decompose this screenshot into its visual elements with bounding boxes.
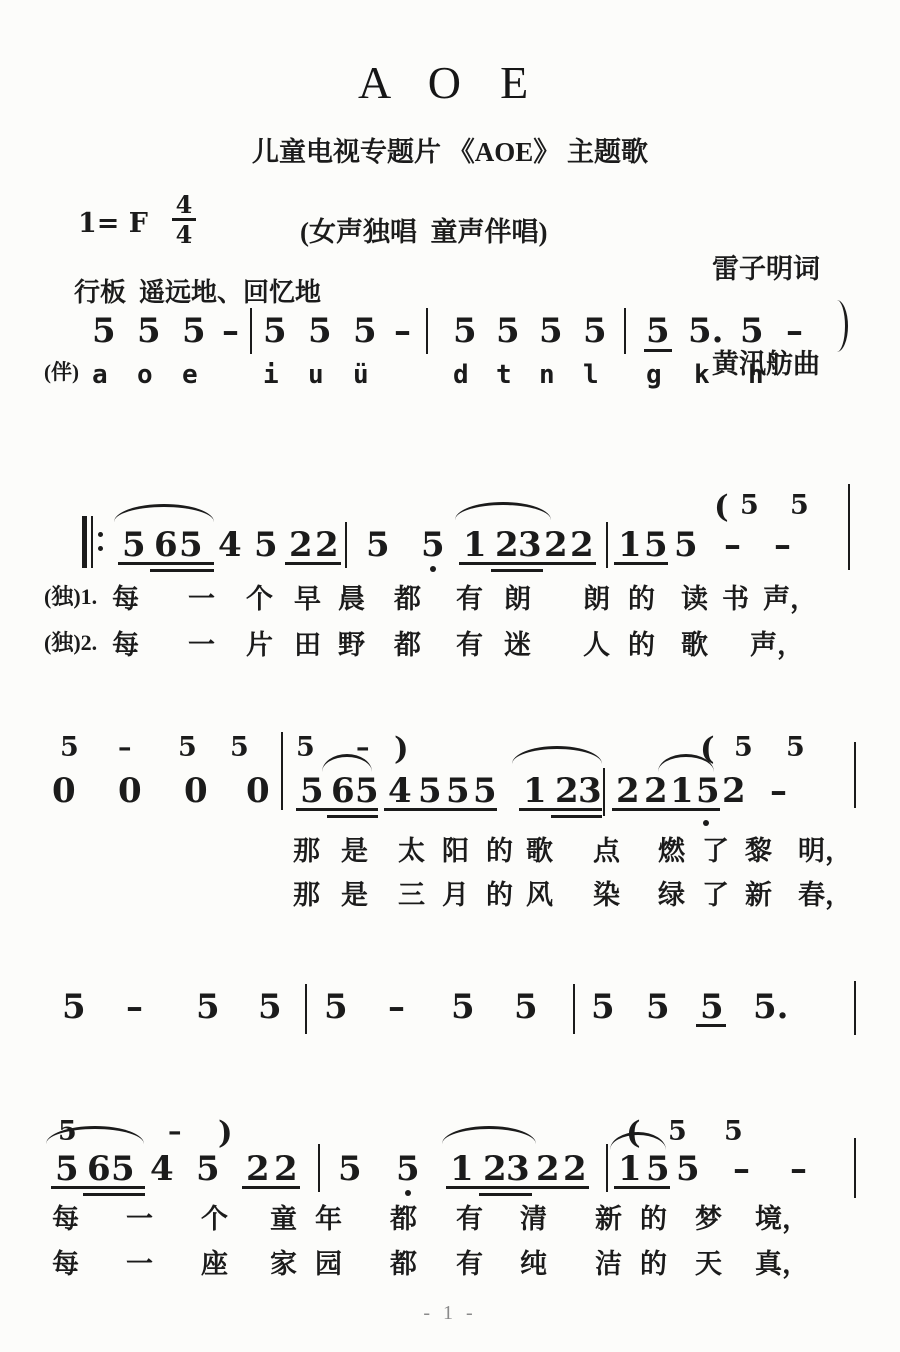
pinyin-row-char: o — [137, 362, 153, 388]
pinyin-row-char: k — [694, 362, 710, 388]
melody-line-3-note: 0 — [246, 774, 270, 808]
verse-2-row-char: 一 — [188, 632, 215, 659]
verse-2-row-char: 歌 — [681, 632, 708, 659]
verse-2-row-c-char: 有 — [456, 1251, 483, 1278]
accompaniment-line-1-note: 5 — [583, 314, 607, 348]
melody-line-3-note: 6 — [331, 774, 355, 808]
accompaniment-line-1-note: 5 — [353, 314, 377, 348]
verse-1-row-char: 书 — [722, 586, 749, 613]
backing-line-3-note: 5 — [296, 734, 315, 761]
low-octave-dot — [405, 1190, 411, 1196]
melody-line-5-note: 5 — [55, 1152, 79, 1186]
verse-2-row-char: 声， — [750, 632, 804, 659]
verse-1-row-c-char: 一 — [126, 1206, 153, 1233]
verse-2-row-b-char: 绿 — [658, 882, 685, 909]
song-title: A O E — [0, 56, 900, 109]
verse-2-row-char: 的 — [628, 632, 655, 659]
verse-1-row-c-char: 年 — [315, 1206, 342, 1233]
beam-underline — [118, 562, 214, 565]
verse-2-row-char: 迷 — [504, 632, 531, 659]
low-octave-dot — [703, 820, 709, 826]
melody-line-5-note: 2 — [246, 1152, 270, 1186]
melody-line-5-note: 2 — [563, 1152, 587, 1186]
backing-line-5-note: 5 — [724, 1118, 743, 1145]
time-signature: 4 4 — [170, 192, 198, 247]
repeat-sign-thin-bar — [91, 516, 93, 568]
verse-2-row-b-char: 月 — [442, 882, 469, 909]
melody-line-3-note: 5 — [355, 774, 379, 808]
verse-2-row-char: 片 — [246, 632, 273, 659]
barline — [606, 522, 608, 568]
verse-1-row-char: 都 — [394, 586, 421, 613]
accompaniment-line-1-note: 5 — [137, 314, 161, 348]
backing-line-3-note: 5 — [60, 734, 79, 761]
time-signature-denominator: 4 — [176, 220, 193, 249]
sheet-music-page: A O E 儿童电视专题片 《AOE》 主题歌 1= F 4 4 (女声独唱 童… — [0, 0, 900, 1352]
backing-line-3-note: 5 — [178, 734, 197, 761]
beam-underline — [327, 815, 378, 818]
verse-1-row-char: 晨 — [338, 586, 365, 613]
accompaniment-line-1-note: 5 — [308, 314, 332, 348]
repeat-sign-dot — [98, 546, 103, 551]
beam-underline — [285, 562, 341, 565]
melody-line-2-note: – — [774, 528, 791, 562]
melody-line-2-note: 5 — [674, 528, 698, 562]
pinyin-row-char: a — [92, 362, 108, 388]
beam-underline — [242, 1186, 300, 1189]
verse-2-row-c-char: 的 — [640, 1251, 667, 1278]
accompaniment-line-1-note: 5 — [539, 314, 563, 348]
verse-1-row-b-char: 点 — [593, 838, 620, 865]
verse-2-row-char: 每 — [112, 632, 139, 659]
melody-line-4-note: 5 — [451, 990, 475, 1024]
backing-line-3-note: 5 — [230, 734, 249, 761]
repeat-sign-dot — [98, 532, 103, 537]
barline — [854, 742, 856, 808]
accompaniment-line-1-note: – — [394, 314, 411, 348]
performance-note: (女声独唱 童声伴唱) — [300, 210, 547, 249]
accompaniment-line-1-note: 5 — [263, 314, 287, 348]
melody-line-3-note: 4 — [388, 774, 412, 808]
accompaniment-line-1-note: – — [222, 314, 239, 348]
verse-1-row-char: 有 — [456, 586, 483, 613]
verse-1-row-b-char: 歌 — [526, 838, 553, 865]
verse-1-row-c-char: 新 — [595, 1206, 622, 1233]
beam-underline — [532, 1186, 589, 1189]
beam-underline — [442, 808, 497, 811]
verse-1-row-b-char: 是 — [341, 838, 368, 865]
accompaniment-line-1-note: 5. — [688, 314, 724, 348]
pinyin-row-char: g — [646, 362, 662, 388]
melody-line-5-note: 3 — [506, 1152, 530, 1186]
barline — [281, 732, 283, 810]
verse-1-row-c-char: 有 — [456, 1206, 483, 1233]
verse-1-row-c-char: 都 — [390, 1206, 417, 1233]
accompaniment-line-1-note: 5 — [453, 314, 477, 348]
song-subtitle: 儿童电视专题片 《AOE》 主题歌 — [0, 130, 900, 169]
verse-2-row-b-char: 风 — [526, 882, 553, 909]
verse-2-row-b-char: 是 — [341, 882, 368, 909]
melody-line-2-note: 5 — [644, 528, 668, 562]
low-octave-dot — [430, 566, 436, 572]
beam-underline — [459, 562, 543, 565]
barline — [624, 308, 626, 354]
verse-1-row-c-char: 梦 — [695, 1206, 722, 1233]
melody-line-5-note: 2 — [483, 1152, 507, 1186]
lyricist-credit: 雷子明词 — [712, 254, 820, 286]
melody-line-2-note: 2 — [570, 528, 594, 562]
verse-1-row-b-char: 黎 — [745, 838, 772, 865]
verse-1-row-char: 一 — [188, 586, 215, 613]
backing-line-3-note: 5 — [734, 734, 753, 761]
barline — [250, 308, 252, 354]
melody-line-4-note: – — [126, 990, 143, 1024]
beam-underline — [696, 1024, 726, 1027]
tempo-marking: 行板 遥远地、回忆地 — [74, 272, 321, 309]
pickup-line-2-note: ( — [714, 492, 729, 523]
beam-underline — [491, 569, 543, 572]
verse-2-row-char: 有 — [456, 632, 483, 659]
pinyin-row-char: n — [539, 362, 555, 388]
barline — [606, 1144, 608, 1192]
melody-line-3-note: 2 — [644, 774, 668, 808]
melody-line-3-note: 5 — [418, 774, 442, 808]
verse-2-row-b-char: 那 — [293, 882, 320, 909]
verse-1-row-c-char: 境， — [755, 1206, 809, 1233]
verse-1-row-b-char: 燃 — [658, 838, 685, 865]
verse-1-row-char: 朗 — [583, 586, 610, 613]
melody-line-5-note: 5 — [196, 1152, 220, 1186]
pinyin-row-char: ü — [353, 362, 369, 388]
melody-line-4-note: 5 — [700, 990, 724, 1024]
melody-line-5-note: 5 — [338, 1152, 362, 1186]
melody-line-2-note: 2 — [289, 528, 313, 562]
beam-underline — [540, 562, 596, 565]
melody-line-3-note: 2 — [616, 774, 640, 808]
verse-1-row-c-char: 童 — [270, 1206, 297, 1233]
melody-line-4-note: 5 — [258, 990, 282, 1024]
beam-underline — [296, 808, 378, 811]
melody-line-3-note: 5 — [446, 774, 470, 808]
melody-line-5-note: 6 — [87, 1152, 111, 1186]
verse-1-row-c-char: 个 — [201, 1206, 228, 1233]
barline — [318, 1144, 320, 1192]
verse-2-row-char: 野 — [338, 632, 365, 659]
verse-1-row-b-char: 明， — [798, 838, 852, 865]
melody-line-2-note: 6 — [154, 528, 178, 562]
barline — [305, 984, 307, 1034]
melody-line-4-note: – — [388, 990, 405, 1024]
verse-2-row-c-char: 一 — [126, 1251, 153, 1278]
pinyin-row-char: h — [748, 362, 764, 388]
verse-2-row-c-char: 都 — [390, 1251, 417, 1278]
melody-line-2-note: 3 — [518, 528, 542, 562]
melody-line-2-note: 5 — [179, 528, 203, 562]
melody-line-4-note: 5 — [324, 990, 348, 1024]
backing-line-5-note: 5 — [668, 1118, 687, 1145]
melody-line-3-note: 1 — [670, 774, 694, 808]
melody-line-4-note: 5. — [753, 990, 789, 1024]
slur-arc — [512, 746, 602, 764]
melody-line-5-note: 5 — [396, 1152, 420, 1186]
credits-block: 雷子明词 黄汛舫曲 — [712, 190, 820, 445]
verse-1-row-b-char: 太 — [398, 838, 425, 865]
barline — [345, 522, 347, 568]
verse-2-row-b-char: 了 — [702, 882, 729, 909]
beam-underline — [83, 1193, 145, 1196]
verse-2-row-c-char: 天 — [695, 1251, 722, 1278]
beam-underline — [150, 569, 214, 572]
melody-line-3-note: – — [770, 774, 787, 808]
melody-line-3-note: 0 — [118, 774, 142, 808]
time-signature-numerator: 4 — [176, 190, 193, 219]
melody-line-5-note: 5 — [111, 1152, 135, 1186]
beam-underline — [479, 1193, 532, 1196]
accompaniment-line-1-note: 5 — [646, 314, 670, 348]
verse-1-row-c-char: 每 — [52, 1206, 79, 1233]
verse-2-row-c-char: 园 — [315, 1251, 342, 1278]
melody-line-5-note: 2 — [274, 1152, 298, 1186]
verse-1-row-b-char: 那 — [293, 838, 320, 865]
beam-underline — [519, 808, 602, 811]
page-number: - 1 - — [0, 1302, 900, 1325]
pinyin-row-char: (伴) — [44, 362, 79, 383]
composer-credit: 黄汛舫曲 — [712, 349, 820, 381]
melody-line-3-note: 2 — [722, 774, 746, 808]
verse-2-row-c-char: 家 — [270, 1251, 297, 1278]
slur-arc — [114, 504, 214, 522]
beam-underline — [644, 349, 672, 352]
melody-line-3-note: 5 — [696, 774, 720, 808]
slur-arc — [455, 502, 551, 520]
end-barline-curve — [834, 300, 848, 352]
verse-2-row-b-char: 三 — [398, 882, 425, 909]
melody-line-3-note: 0 — [52, 774, 76, 808]
verse-1-row-b-char: 阳 — [442, 838, 469, 865]
verse-1-row-char: 朗 — [504, 586, 531, 613]
backing-line-3-note: – — [118, 734, 132, 761]
barline — [426, 308, 428, 354]
verse-2-row-char: (独)2. — [44, 632, 97, 654]
slur-arc — [610, 1132, 666, 1150]
accompaniment-line-1-note: 5 — [496, 314, 520, 348]
beam-underline — [666, 808, 720, 811]
melody-line-3-note: 0 — [184, 774, 208, 808]
melody-line-5-note: – — [790, 1152, 807, 1186]
verse-1-row-c-char: 清 — [520, 1206, 547, 1233]
verse-2-row-c-char: 每 — [52, 1251, 79, 1278]
melody-line-5-note: – — [733, 1152, 750, 1186]
melody-line-2-note: 2 — [544, 528, 568, 562]
verse-1-row-char: 声， — [763, 586, 817, 613]
backing-line-5-note: ) — [218, 1118, 233, 1149]
melody-line-3-note: 3 — [578, 774, 602, 808]
pinyin-row-char: d — [453, 362, 469, 388]
beam-underline — [614, 562, 668, 565]
melody-line-5-note: 4 — [150, 1152, 174, 1186]
melody-line-3-note: 5 — [473, 774, 497, 808]
backing-line-5-note: – — [168, 1118, 182, 1145]
verse-2-row-char: 人 — [583, 632, 610, 659]
melody-line-5-note: 5 — [676, 1152, 700, 1186]
melody-line-5-note: 1 — [450, 1152, 474, 1186]
accompaniment-line-1-note: 5 — [92, 314, 116, 348]
melody-line-5-note: 1 — [618, 1152, 642, 1186]
melody-line-4-note: 5 — [62, 990, 86, 1024]
pinyin-row-char: t — [496, 362, 512, 388]
verse-1-row-c-char: 的 — [640, 1206, 667, 1233]
verse-2-row-c-char: 洁 — [595, 1251, 622, 1278]
verse-1-row-char: 早 — [294, 586, 321, 613]
backing-line-3-note: ) — [394, 734, 409, 765]
melody-line-5-note: 2 — [536, 1152, 560, 1186]
verse-2-row-c-char: 纯 — [520, 1251, 547, 1278]
melody-line-4-note: 5 — [196, 990, 220, 1024]
melody-line-2-note: 1 — [618, 528, 642, 562]
key-signature: 1= F — [78, 208, 148, 239]
melody-line-2-note: 2 — [495, 528, 519, 562]
melody-line-4-note: 5 — [514, 990, 538, 1024]
verse-1-row-char: 的 — [628, 586, 655, 613]
verse-2-row-char: 田 — [294, 632, 321, 659]
barline — [854, 981, 856, 1035]
melody-line-2-note: – — [724, 528, 741, 562]
verse-1-row-char: (独)1. — [44, 586, 97, 608]
beam-underline — [551, 815, 602, 818]
verse-2-row-c-char: 座 — [201, 1251, 228, 1278]
slur-arc — [442, 1126, 536, 1144]
verse-2-row-b-char: 春， — [798, 882, 852, 909]
beam-underline — [384, 808, 442, 811]
melody-line-2-note: 5 — [421, 528, 445, 562]
verse-1-row-char: 个 — [246, 586, 273, 613]
melody-line-2-note: 2 — [315, 528, 339, 562]
melody-line-2-note: 5 — [366, 528, 390, 562]
melody-line-3-note: 5 — [300, 774, 324, 808]
melody-line-2-note: 5 — [122, 528, 146, 562]
verse-2-row-b-char: 新 — [745, 882, 772, 909]
pinyin-row-char: l — [583, 362, 599, 388]
verse-2-row-b-char: 的 — [486, 882, 513, 909]
melody-line-4-note: 5 — [591, 990, 615, 1024]
backing-line-3-note: 5 — [786, 734, 805, 761]
melody-line-2-note: 1 — [463, 528, 487, 562]
melody-line-5-note: 5 — [646, 1152, 670, 1186]
melody-line-2-note: 5 — [254, 528, 278, 562]
barline — [848, 484, 850, 570]
verse-1-row-b-char: 的 — [486, 838, 513, 865]
beam-underline — [612, 808, 668, 811]
barline — [854, 1138, 856, 1198]
accompaniment-line-1-note: – — [786, 314, 803, 348]
accompaniment-line-1-note: 5 — [182, 314, 206, 348]
melody-line-3-note: 2 — [555, 774, 579, 808]
barline — [573, 984, 575, 1034]
melody-line-2-note: 4 — [218, 528, 242, 562]
barline — [603, 768, 605, 816]
verse-1-row-char: 每 — [112, 586, 139, 613]
pinyin-row-char: i — [263, 362, 279, 388]
accompaniment-line-1-note: 5 — [740, 314, 764, 348]
pickup-line-2-note: 5 — [790, 492, 809, 519]
beam-underline — [51, 1186, 145, 1189]
melody-line-4-note: 5 — [646, 990, 670, 1024]
pinyin-row-char: e — [182, 362, 198, 388]
verse-1-row-b-char: 了 — [702, 838, 729, 865]
repeat-sign-thick-bar — [82, 516, 87, 568]
verse-2-row-b-char: 染 — [593, 882, 620, 909]
pinyin-row-char: u — [308, 362, 324, 388]
beam-underline — [446, 1186, 532, 1189]
verse-2-row-c-char: 真， — [755, 1251, 809, 1278]
beam-underline — [614, 1186, 670, 1189]
verse-1-row-char: 读 — [681, 586, 708, 613]
verse-2-row-char: 都 — [394, 632, 421, 659]
melody-line-3-note: 1 — [523, 774, 547, 808]
pickup-line-2-note: 5 — [740, 492, 759, 519]
